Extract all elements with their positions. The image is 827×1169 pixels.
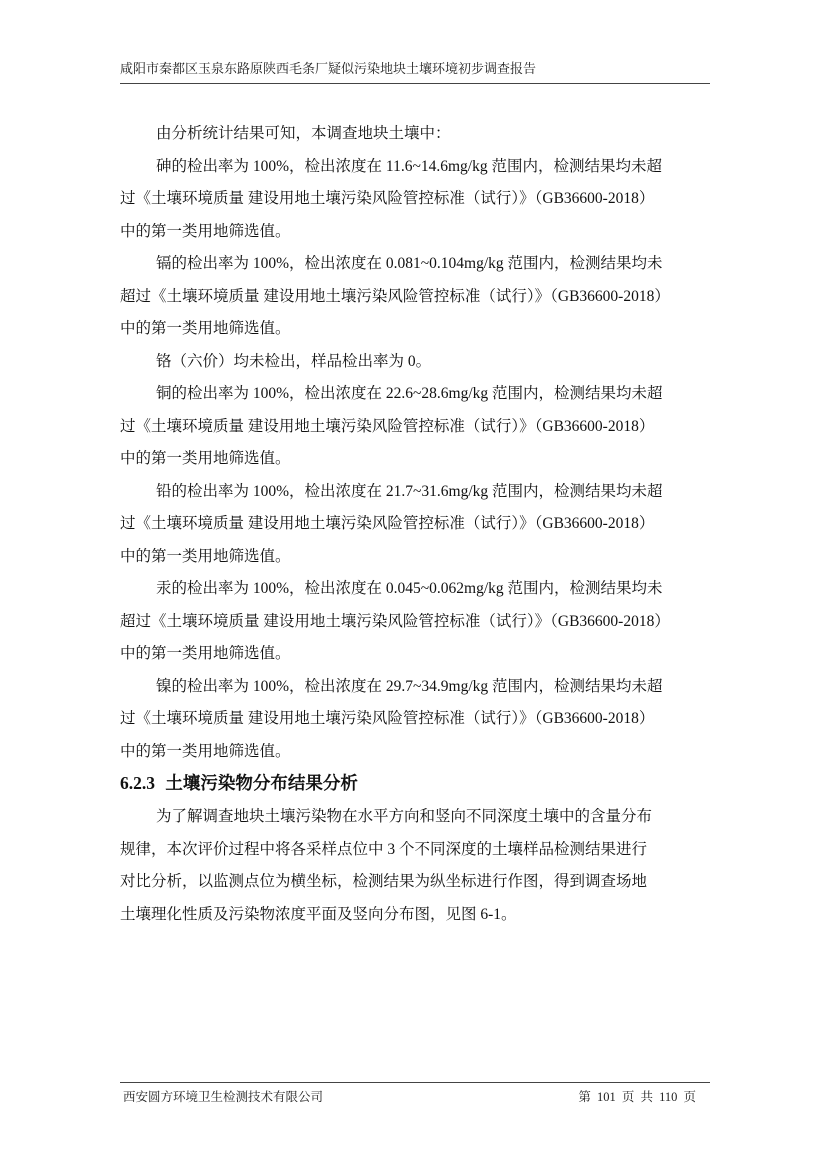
text-line: 汞的检出率为 100%，检出浓度在 0.045~0.062mg/kg 范围内，检…: [120, 573, 708, 606]
text-line: 镍的检出率为 100%，检出浓度在 29.7~34.9mg/kg 范围内，检测结…: [120, 671, 708, 704]
text-line: 中的第一类用地筛选值。: [120, 216, 708, 249]
text-line: 过《土壤环境质量 建设用地土壤污染风险管控标准（试行）》（GB36600-201…: [120, 508, 708, 541]
text-line: 过《土壤环境质量 建设用地土壤污染风险管控标准（试行）》（GB36600-201…: [120, 183, 708, 216]
page-header: 咸阳市秦都区玉泉东路原陕西毛条厂疑似污染地块土壤环境初步调查报告: [120, 60, 710, 84]
text-line: 超过《土壤环境质量 建设用地土壤污染风险管控标准（试行）》（GB36600-20…: [120, 606, 708, 639]
page-number: 第 101 页 共 110 页: [578, 1087, 710, 1105]
paragraph-mercury: 汞的检出率为 100%，检出浓度在 0.045~0.062mg/kg 范围内，检…: [120, 573, 708, 671]
text-line: 超过《土壤环境质量 建设用地土壤污染风险管控标准（试行）》（GB36600-20…: [120, 281, 708, 314]
text-line: 铬（六价）均未检出，样品检出率为 0。: [120, 346, 708, 379]
text-line: 过《土壤环境质量 建设用地土壤污染风险管控标准（试行）》（GB36600-201…: [120, 411, 708, 444]
paragraph-nickel: 镍的检出率为 100%，检出浓度在 29.7~34.9mg/kg 范围内，检测结…: [120, 671, 708, 769]
report-title: 咸阳市秦都区玉泉东路原陕西毛条厂疑似污染地块土壤环境初步调查报告: [120, 61, 536, 76]
company-name: 西安圆方环境卫生检测技术有限公司: [120, 1087, 323, 1105]
paragraph-chromium: 铬（六价）均未检出，样品检出率为 0。: [120, 346, 708, 379]
paragraph-cadmium: 镉的检出率为 100%，检出浓度在 0.081~0.104mg/kg 范围内，检…: [120, 248, 708, 346]
text-line: 为了解调查地块土壤污染物在水平方向和竖向不同深度土壤中的含量分布: [120, 801, 708, 834]
text-line: 中的第一类用地筛选值。: [120, 736, 708, 769]
text-line: 土壤理化性质及污染物浓度平面及竖向分布图，见图 6-1。: [120, 899, 708, 932]
text-line: 中的第一类用地筛选值。: [120, 541, 708, 574]
text-line: 中的第一类用地筛选值。: [120, 638, 708, 671]
paragraph-lead: 铅的检出率为 100%，检出浓度在 21.7~31.6mg/kg 范围内，检测结…: [120, 476, 708, 574]
section-number: 6.2.3: [120, 773, 155, 793]
section-heading: 6.2.3 土壤污染物分布结果分析: [120, 768, 708, 801]
text-line: 中的第一类用地筛选值。: [120, 443, 708, 476]
section-title: 土壤污染物分布结果分析: [165, 773, 358, 793]
document-body: 由分析统计结果可知，本调查地块土壤中： 砷的检出率为 100%，检出浓度在 11…: [120, 118, 708, 931]
text-line: 铅的检出率为 100%，检出浓度在 21.7~31.6mg/kg 范围内，检测结…: [120, 476, 708, 509]
text-line: 过《土壤环境质量 建设用地土壤污染风险管控标准（试行）》（GB36600-201…: [120, 703, 708, 736]
paragraph-distribution: 为了解调查地块土壤污染物在水平方向和竖向不同深度土壤中的含量分布 规律，本次评价…: [120, 801, 708, 931]
paragraph-intro: 由分析统计结果可知，本调查地块土壤中：: [120, 118, 708, 151]
paragraph-copper: 铜的检出率为 100%，检出浓度在 22.6~28.6mg/kg 范围内，检测结…: [120, 378, 708, 476]
paragraph-arsenic: 砷的检出率为 100%，检出浓度在 11.6~14.6mg/kg 范围内，检测结…: [120, 151, 708, 249]
text-line: 砷的检出率为 100%，检出浓度在 11.6~14.6mg/kg 范围内，检测结…: [120, 151, 708, 184]
text-line: 铜的检出率为 100%，检出浓度在 22.6~28.6mg/kg 范围内，检测结…: [120, 378, 708, 411]
page-footer: 西安圆方环境卫生检测技术有限公司 第 101 页 共 110 页: [120, 1082, 710, 1105]
text-line: 镉的检出率为 100%，检出浓度在 0.081~0.104mg/kg 范围内，检…: [120, 248, 708, 281]
text-line: 规律，本次评价过程中将各采样点位中 3 个不同深度的土壤样品检测结果进行: [120, 834, 708, 867]
text-line: 对比分析，以监测点位为横坐标，检测结果为纵坐标进行作图，得到调查场地: [120, 866, 708, 899]
text-line: 中的第一类用地筛选值。: [120, 313, 708, 346]
text-line: 由分析统计结果可知，本调查地块土壤中：: [120, 118, 708, 151]
